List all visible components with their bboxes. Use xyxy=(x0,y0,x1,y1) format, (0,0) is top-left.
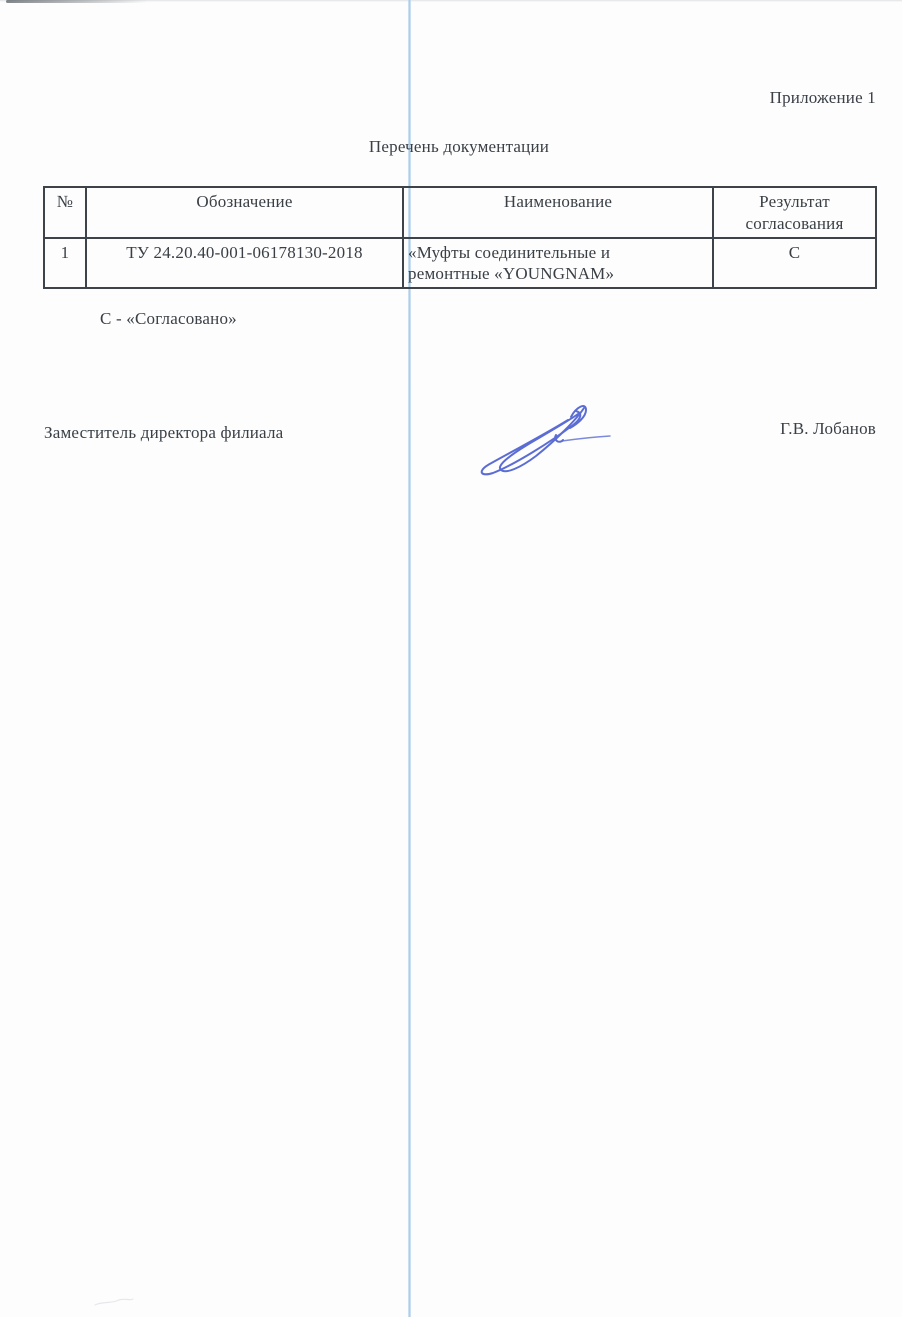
table-row: 1 ТУ 24.20.40-001-06178130-2018 «Муфты с… xyxy=(44,238,876,289)
scanner-smudge-mark xyxy=(6,0,148,3)
documentation-table: № Обозначение Наименование Результат сог… xyxy=(43,186,877,289)
row-result-cell: С xyxy=(713,238,876,289)
agreed-legend-note: С - «Согласовано» xyxy=(100,309,237,329)
appendix-label: Приложение 1 xyxy=(770,88,876,108)
column-header-name: Наименование xyxy=(403,187,713,238)
signatory-name: Г.В. Лобанов xyxy=(780,419,876,439)
row-number-cell: 1 xyxy=(44,238,86,289)
column-header-designation: Обозначение xyxy=(86,187,403,238)
table-header-row: № Обозначение Наименование Результат сог… xyxy=(44,187,876,238)
row-designation-cell: ТУ 24.20.40-001-06178130-2018 xyxy=(86,238,403,289)
document-title: Перечень документации xyxy=(43,137,875,157)
faint-pencil-mark xyxy=(93,1297,135,1307)
row-name-text: «Муфты соединительные и ремонтные «YOUNG… xyxy=(408,242,664,286)
handwritten-signature-icon xyxy=(472,398,612,476)
signatory-role: Заместитель директора филиала xyxy=(44,423,283,443)
column-header-number: № xyxy=(44,187,86,238)
row-name-cell: «Муфты соединительные и ремонтные «YOUNG… xyxy=(403,238,713,289)
document-page: Приложение 1 Перечень документации № Обо… xyxy=(0,0,902,1317)
column-header-result: Результат согласования xyxy=(713,187,876,238)
